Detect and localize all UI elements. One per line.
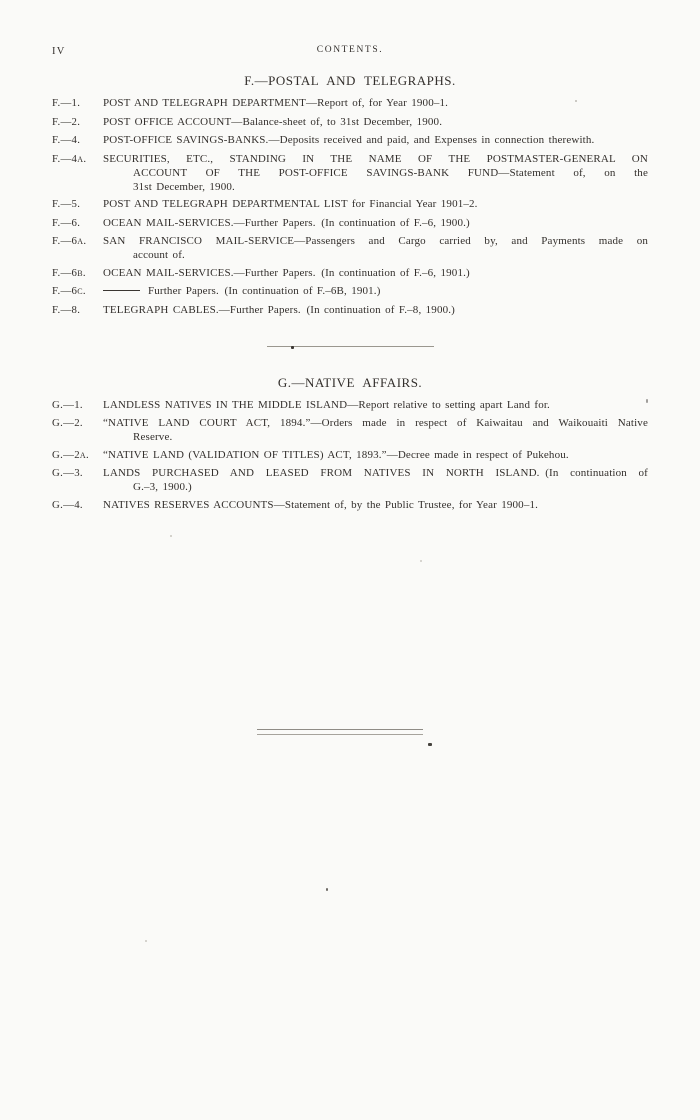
entry-label: F.—6. xyxy=(52,216,103,231)
toc-content: F.—POSTAL AND TELEGRAPHS. F.—1. POST AND… xyxy=(52,74,648,516)
toc-entry: F.—2. POST OFFICE ACCOUNT—Balance-sheet … xyxy=(52,115,648,130)
section-heading-f: F.—POSTAL AND TELEGRAPHS. xyxy=(52,74,648,88)
entry-text: OCEAN MAIL-SERVICES.—Further Papers. (In… xyxy=(103,266,648,281)
entry-text: “NATIVE LAND (VALIDATION OF TITLES) ACT,… xyxy=(103,448,648,463)
entry-label: G.—2. xyxy=(52,416,103,444)
ink-speck xyxy=(575,100,577,102)
toc-entry: F.—8. TELEGRAPH CABLES.—Further Papers. … xyxy=(52,303,648,318)
entry-text: LANDLESS NATIVES IN THE MIDDLE ISLAND—Re… xyxy=(103,398,648,413)
entry-text: POST-OFFICE SAVINGS-BANKS.—Deposits rece… xyxy=(103,133,648,148)
entry-label: F.—4. xyxy=(52,133,103,148)
entry-text: POST OFFICE ACCOUNT—Balance-sheet of, to… xyxy=(103,115,648,130)
entry-text: NATIVES RESERVES ACCOUNTS—Statement of, … xyxy=(103,498,648,513)
entry-label: F.—1. xyxy=(52,96,103,111)
entry-text: LANDS PURCHASED AND LEASED FROM NATIVES … xyxy=(103,466,648,494)
ditto-rule xyxy=(103,290,140,291)
ink-speck xyxy=(420,560,422,562)
entry-label: F.—8. xyxy=(52,303,103,318)
entry-text: SECURITIES, ETC., STANDING IN THE NAME O… xyxy=(103,152,648,194)
entry-label: F.—5. xyxy=(52,197,103,212)
toc-entry: G.—4. NATIVES RESERVES ACCOUNTS—Statemen… xyxy=(52,498,648,513)
toc-entry: F.—4. POST-OFFICE SAVINGS-BANKS.—Deposit… xyxy=(52,133,648,148)
entry-text: SAN FRANCISCO MAIL-SERVICE—Passengers an… xyxy=(103,234,648,262)
toc-entry: F.—6A. SAN FRANCISCO MAIL-SERVICE—Passen… xyxy=(52,234,648,262)
document-page: IV CONTENTS. F.—POSTAL AND TELEGRAPHS. F… xyxy=(0,0,700,1120)
toc-entry: G.—2. “NATIVE LAND COURT ACT, 1894.”—Ord… xyxy=(52,416,648,444)
toc-entry: F.—6. OCEAN MAIL-SERVICES.—Further Paper… xyxy=(52,216,648,231)
ink-speck xyxy=(646,399,648,403)
ink-speck xyxy=(326,888,328,891)
entry-label: G.—4. xyxy=(52,498,103,513)
toc-entry: G.—1. LANDLESS NATIVES IN THE MIDDLE ISL… xyxy=(52,398,648,413)
entry-label: F.—6A. xyxy=(52,234,103,262)
entry-label: G.—1. xyxy=(52,398,103,413)
entry-text: POST AND TELEGRAPH DEPARTMENTAL LIST for… xyxy=(103,197,648,212)
entry-text: POST AND TELEGRAPH DEPARTMENT—Report of,… xyxy=(103,96,648,111)
entry-label: F.—6C. xyxy=(52,284,103,299)
toc-entry: F.—1. POST AND TELEGRAPH DEPARTMENT—Repo… xyxy=(52,96,648,111)
entry-text: Further Papers. (In continuation of F.–6… xyxy=(103,284,648,299)
toc-entry: G.—2A. “NATIVE LAND (VALIDATION OF TITLE… xyxy=(52,448,648,463)
ink-speck xyxy=(291,346,294,349)
toc-entry: F.—6C. Further Papers. (In continuation … xyxy=(52,284,648,299)
ink-speck xyxy=(145,940,147,942)
entry-label: F.—6B. xyxy=(52,266,103,281)
entry-label: G.—3. xyxy=(52,466,103,494)
entry-text: TELEGRAPH CABLES.—Further Papers. (In co… xyxy=(103,303,648,318)
toc-entry: F.—4A. SECURITIES, ETC., STANDING IN THE… xyxy=(52,152,648,194)
toc-entry: G.—3. LANDS PURCHASED AND LEASED FROM NA… xyxy=(52,466,648,494)
running-header: IV CONTENTS. xyxy=(52,45,648,59)
ink-speck xyxy=(170,535,172,537)
ink-speck xyxy=(428,743,432,746)
entry-text: OCEAN MAIL-SERVICES.—Further Papers. (In… xyxy=(103,216,648,231)
entry-label: G.—2A. xyxy=(52,448,103,463)
entry-label: F.—2. xyxy=(52,115,103,130)
entry-text: “NATIVE LAND COURT ACT, 1894.”—Orders ma… xyxy=(103,416,648,444)
toc-entry: F.—6B. OCEAN MAIL-SERVICES.—Further Pape… xyxy=(52,266,648,281)
toc-entry: F.—5. POST AND TELEGRAPH DEPARTMENTAL LI… xyxy=(52,197,648,212)
entry-label: F.—4A. xyxy=(52,152,103,194)
contents-title: CONTENTS. xyxy=(52,45,648,55)
end-double-rule xyxy=(257,729,423,735)
section-heading-g: G.—NATIVE AFFAIRS. xyxy=(52,376,648,390)
